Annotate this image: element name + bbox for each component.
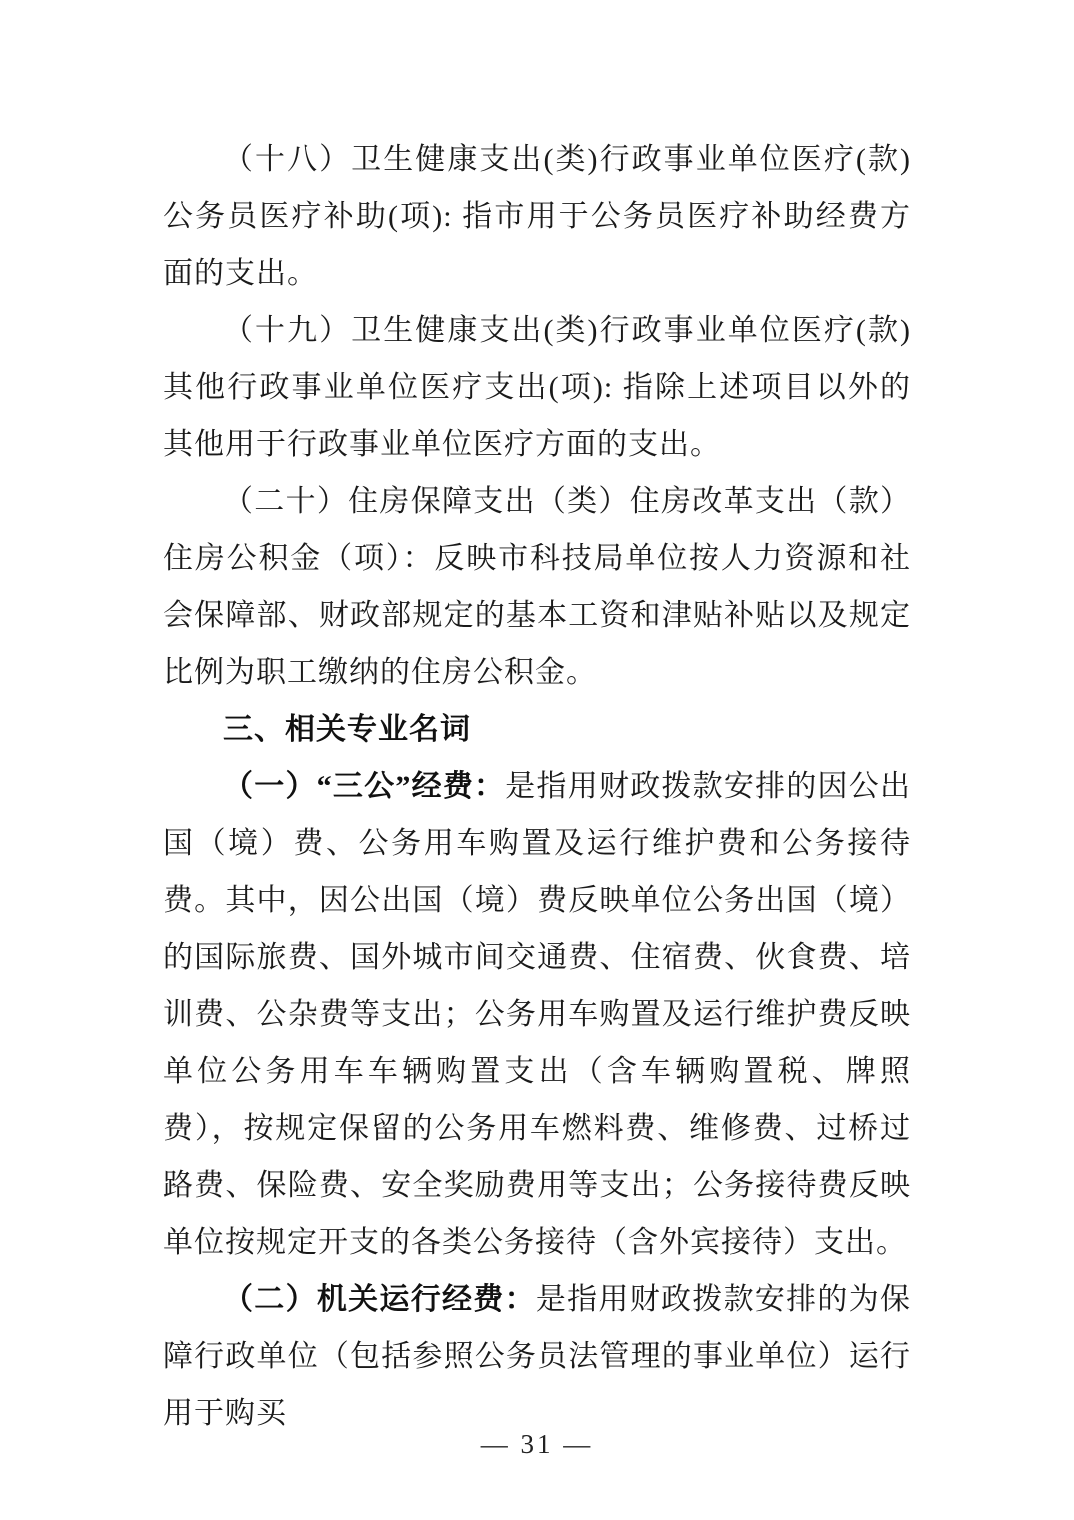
paragraph-item-18: （十八）卫生健康支出(类)行政事业单位医疗(款)公务员医疗补助(项): 指市用于… (163, 131, 911, 302)
page-content: （十八）卫生健康支出(类)行政事业单位医疗(款)公务员医疗补助(项): 指市用于… (163, 131, 911, 1442)
term-sangong-definition: 是指用财政拨款安排的因公出国（境）费、公务用车购置及运行维护费和公务接待费。其中… (163, 770, 911, 1259)
paragraph-term-sangong: （一）“三公”经费：是指用财政拨款安排的因公出国（境）费、公务用车购置及运行维护… (163, 758, 911, 1271)
paragraph-item-20: （二十）住房保障支出（类）住房改革支出（款）住房公积金（项）：反映市科技局单位按… (163, 473, 911, 701)
paragraph-term-operating-funds: （二）机关运行经费：是指用财政拨款安排的为保障行政单位（包括参照公务员法管理的事… (163, 1271, 911, 1442)
page-number: — 31 — (0, 1424, 1074, 1464)
term-operating-funds-label: （二）机关运行经费： (223, 1283, 536, 1316)
section-heading-terms: 三、相关专业名词 (163, 701, 911, 758)
document-page: （十八）卫生健康支出(类)行政事业单位医疗(款)公务员医疗补助(项): 指市用于… (0, 0, 1074, 1520)
paragraph-item-19: （十九）卫生健康支出(类)行政事业单位医疗(款)其他行政事业单位医疗支出(项):… (163, 302, 911, 473)
term-sangong-label: （一）“三公”经费： (223, 770, 505, 803)
